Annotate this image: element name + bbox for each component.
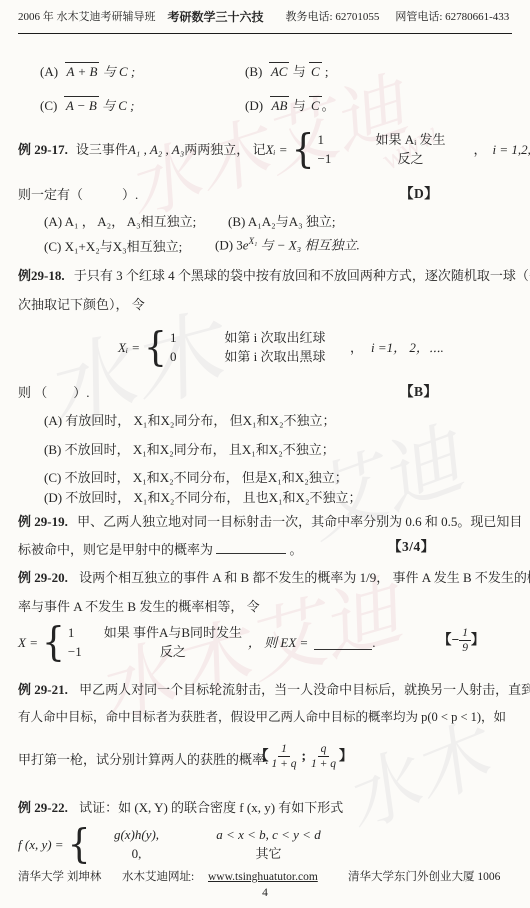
fraction: 11 + q — [269, 742, 300, 772]
option-c: (C) A − B 与 C ; — [40, 96, 135, 114]
problem-stem: 则一定有（ ）. — [18, 187, 138, 203]
fraction: 19 — [459, 626, 471, 656]
piecewise-formula: f (x, y) = { g(x)h(y),a < x < b, c < y <… — [18, 824, 344, 866]
overline-expression: A − B — [64, 96, 99, 114]
option-d: (D) 不放回时， X₁和X₂不同分布， 且也X₁和X₂不独立； — [44, 490, 361, 506]
problem-tag: 例 29-20. — [18, 570, 68, 585]
overline-expression: A + B — [65, 62, 100, 80]
problem-tag: 例 29-17. — [18, 142, 68, 158]
overline-expression: AC — [269, 62, 290, 80]
header-phone-1: 教务电话: 62701055 — [286, 11, 380, 25]
piecewise-formula: { 1如果 Aᵢ 发生 −1反之 — [288, 132, 474, 168]
formula-lhs: X = — [18, 635, 38, 651]
formula-lhs: f (x, y) = — [18, 837, 64, 853]
option-a: (A) A + B 与 C ; — [40, 62, 135, 80]
problem-29-19: 例 29-19. 甲、乙两人独立地对同一目标射击一次，其命中率分别为 0.6 和… — [18, 514, 522, 530]
scanned-document-page: 水木艾迪 www 水木 艾迪 水木艾迪 水木 2006 年 水木艾迪考研辅导班 … — [0, 0, 530, 908]
problem-tag: 例29-18. — [18, 268, 65, 283]
overline-expression: AB — [270, 96, 290, 114]
problem-line: 标被命中，则它是甲射中的概率为 。 — [18, 540, 303, 558]
problem-line: 率与事件 A 不发生 B 发生的概率相等， 令 — [18, 599, 260, 615]
piecewise-formula: Xᵢ = { 1如第 i 次取出红球 0如第 i 次取出黑球 ， i =1， 2… — [118, 328, 444, 368]
option-a: (A) A₁ ， A₂， A₃相互独立; — [44, 214, 196, 230]
answer-badge: 【 11 + q ; q1 + q 】 — [255, 742, 353, 772]
footer-author: 清华大学 刘坤林 — [18, 870, 101, 884]
overline-expression: C — [309, 96, 322, 114]
problem-29-22: 例 29-22. 试证：如 (X, Y) 的联合密度 f (x, y) 有如下形… — [18, 800, 343, 816]
header-course-title: 考研数学三十六技 — [168, 10, 264, 25]
option-a: (A) 有放回时， X₁和X₂同分布， 但X₁和X₂不独立； — [44, 413, 335, 429]
piecewise-formula: X = { 1如果 事件A与B同时发生 −1反之 ， 则 EX = . — [18, 622, 376, 664]
problem-29-18: 例29-18. 于只有 3 个红球 4 个黑球的袋中按有放回和不放回两种方式，逐… — [18, 268, 530, 284]
problem-29-17: 例 29-17. 设三事件 A₁ , A₂ , A₃ 两两独立， 记 Xᵢ = … — [18, 130, 530, 170]
index-range: i =1， 2，⋯. — [371, 340, 444, 356]
option-d: (D) AB 与 C。 — [245, 96, 335, 114]
option-c: (C) 不放回时， X₁和X₂不同分布， 但是X₁和X₂独立； — [44, 470, 348, 486]
option-b: (B) AC 与 C ; — [245, 62, 329, 80]
option-d: (D) 3eX₁ 与 − X₃ 相互独立. — [215, 236, 360, 254]
answer-blank — [216, 540, 286, 554]
problem-tag: 例 29-21. — [18, 682, 68, 697]
answer-badge: 【B】 — [400, 384, 438, 401]
formula-lhs: Xᵢ = — [118, 340, 140, 356]
problem-tag: 例 29-22. — [18, 800, 68, 815]
header-rule — [18, 33, 512, 34]
footer-url: www.tsinghuatutor.com — [208, 870, 318, 884]
problem-line: 有人命中目标，命中目标者为获胜者，假设甲乙两人命中目标的概率均为 p(0 < p… — [18, 710, 506, 726]
problem-29-21: 例 29-21. 甲乙两人对同一个目标轮流射击，当一人没命中目标后，就换另一人射… — [18, 682, 530, 698]
problem-line: 甲打第一枪，试分别计算两人的获胜的概率. — [18, 752, 268, 768]
exponent: X₁ — [249, 236, 258, 246]
answer-badge: 【− 19 】 — [438, 626, 484, 656]
answer-badge: 【3/4】 — [388, 539, 435, 556]
fraction: q1 + q — [308, 742, 339, 772]
brace-glyph: { — [42, 623, 65, 663]
page-header: 2006 年 水木艾迪考研辅导班 考研数学三十六技 教务电话: 62701055… — [18, 10, 512, 25]
footer-address: 清华大学东门外创业大厦 1006 — [348, 870, 500, 884]
brace-glyph: { — [292, 130, 315, 170]
overline-expression: C — [309, 62, 322, 80]
option-b: (B) A₁A₂与A₃ 独立; — [228, 214, 336, 230]
problem-line: 次抽取记下颜色）， 令 — [18, 297, 145, 313]
answer-badge: 【D】 — [400, 186, 438, 203]
header-phone-2: 网管电话: 62780661-433 — [395, 11, 509, 25]
footer-site-label: 水木艾迪网址: — [122, 870, 194, 884]
answer-blank — [314, 636, 372, 650]
problem-tag: 例 29-19. — [18, 514, 68, 529]
page-number: 4 — [0, 886, 530, 900]
problem-29-20: 例 29-20. 设两个相互独立的事件 A 和 B 都不发生的概率为 1/9， … — [18, 570, 530, 586]
brace-glyph: { — [68, 825, 91, 865]
event-symbols: A₁ , A₂ , A₃ — [128, 142, 184, 158]
header-session: 2006 年 水木艾迪考研辅导班 — [18, 11, 156, 25]
index-range: i = 1,2,3 — [493, 142, 530, 158]
option-c: (C) X₁+X₂与X₃相互独立; — [44, 239, 182, 255]
problem-stem: 则 （ ）. — [18, 385, 90, 401]
option-b: (B) 不放回时， X₁和X₂同分布， 且X₁和X₂不独立； — [44, 442, 335, 458]
brace-glyph: { — [144, 328, 167, 368]
formula-lhs: Xᵢ = — [266, 142, 288, 158]
